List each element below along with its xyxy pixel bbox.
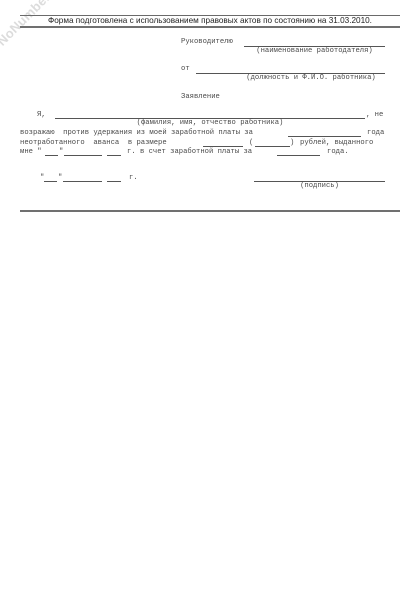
signature-caption: (подпись) [254, 182, 385, 191]
paren-open: ( [249, 139, 253, 148]
body-line-3-middle: г. в счет заработной платы за [127, 148, 252, 157]
employee-caption: (должность и Ф.И.О. работника) [236, 74, 386, 83]
date-year-suffix: г. [129, 174, 138, 183]
advance-year-field[interactable] [107, 155, 121, 156]
body-line-2: неотработанного аванса в размере [20, 139, 167, 148]
body-line-1-end: года [367, 129, 384, 138]
i-label: Я, [37, 111, 46, 120]
header-bottom-rule [20, 26, 400, 28]
advance-amount-digits-field[interactable] [203, 146, 243, 147]
paren-close: ) [290, 139, 294, 148]
advance-month-field[interactable] [64, 155, 102, 156]
to-label: Руководителю [181, 38, 233, 47]
advance-amount-words-field[interactable] [255, 146, 290, 147]
body-line-1: возражаю против удержания из моей зарабо… [20, 129, 253, 138]
form-notice: Форма подготовлена с использованием прав… [20, 16, 400, 25]
date-month-field[interactable] [63, 181, 102, 182]
body-line-3-quote: " [59, 148, 63, 157]
deduction-period-field[interactable] [277, 155, 320, 156]
date-quote-close: " [58, 174, 62, 183]
date-year-field[interactable] [107, 181, 121, 182]
advance-day-field[interactable] [45, 155, 58, 156]
body-line-2-end: рублей, выданного [300, 139, 373, 148]
salary-period-field[interactable] [288, 136, 361, 137]
from-label: от [181, 65, 190, 74]
employer-caption: (наименование работодателя) [244, 47, 385, 56]
body-line-3-start: мне " [20, 148, 42, 157]
document-title: Заявление [181, 93, 220, 102]
date-day-field[interactable] [44, 181, 57, 182]
ne-label: , не [366, 111, 383, 120]
footer-rule [20, 210, 400, 212]
full-name-caption: (фамилия, имя, отчество работника) [110, 119, 310, 128]
body-line-3-end: года. [327, 148, 349, 157]
